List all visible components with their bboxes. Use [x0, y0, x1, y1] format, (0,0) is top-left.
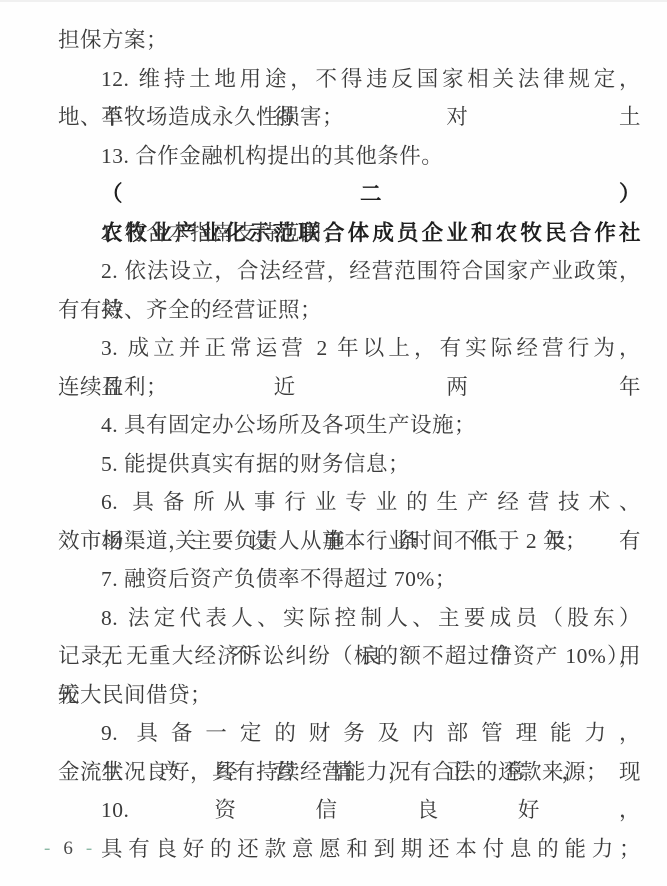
- text-line: 金流状况良好，具有持续经营能力，有合法的还款来源；: [58, 753, 641, 792]
- text-line: 效市场渠道，主要负责人从事本行业时间不低于 2 年；: [58, 522, 641, 561]
- page-number-dash-left: -: [44, 836, 50, 862]
- page-number-dash-right: -: [86, 836, 92, 862]
- page-number: - 6 -: [44, 836, 92, 862]
- text-line: 10. 资信良好，具有良好的还款意愿和到期还本付息的能力；: [58, 791, 641, 830]
- text-line: 8. 法定代表人、实际控制人、主要成员（股东）无不良信用: [58, 599, 641, 638]
- text-line: 有有效、齐全的经营证照；: [58, 291, 641, 330]
- text-line: 4. 具有固定办公场所及各项生产设施；: [58, 406, 641, 445]
- text-line: 记录，无重大经济诉讼纠纷（标的额不超过净资产 10%），无: [58, 637, 641, 676]
- document-page: 担保方案； 12. 维持土地用途，不得违反国家相关法律规定，不得对土 地、草牧场…: [0, 0, 667, 886]
- text-line: 2. 依法设立，合法经营，经营范围符合国家产业政策，持: [58, 252, 641, 291]
- text-line: 13. 合作金融机构提出的其他条件。: [58, 137, 641, 176]
- page-number-value: 6: [63, 836, 73, 862]
- text-line: 9. 具备一定的财务及内部管理能力，生产经营情况正常，现: [58, 714, 641, 753]
- scan-edge: [0, 0, 667, 2]
- section-heading: （二）农牧业产业化示范联合体成员企业和农牧民合作社: [58, 175, 641, 214]
- text-line: 担保方案；: [58, 21, 641, 60]
- text-line: 7. 融资后资产负债率不得超过 70%；: [58, 560, 641, 599]
- text-line: 3. 成立并正常运营 2 年以上，有实际经营行为，且近两年: [58, 329, 641, 368]
- text-line: 较大民间借贷；: [58, 676, 641, 715]
- text-line: 5. 能提供真实有据的财务信息；: [58, 445, 641, 484]
- text-line: 6. 具备所从事行业专业的生产经营技术、相关设施条件及有: [58, 483, 641, 522]
- text-line: 12. 维持土地用途，不得违反国家相关法律规定，不得对土: [58, 60, 641, 99]
- page-content: 担保方案； 12. 维持土地用途，不得违反国家相关法律规定，不得对土 地、草牧场…: [58, 21, 641, 830]
